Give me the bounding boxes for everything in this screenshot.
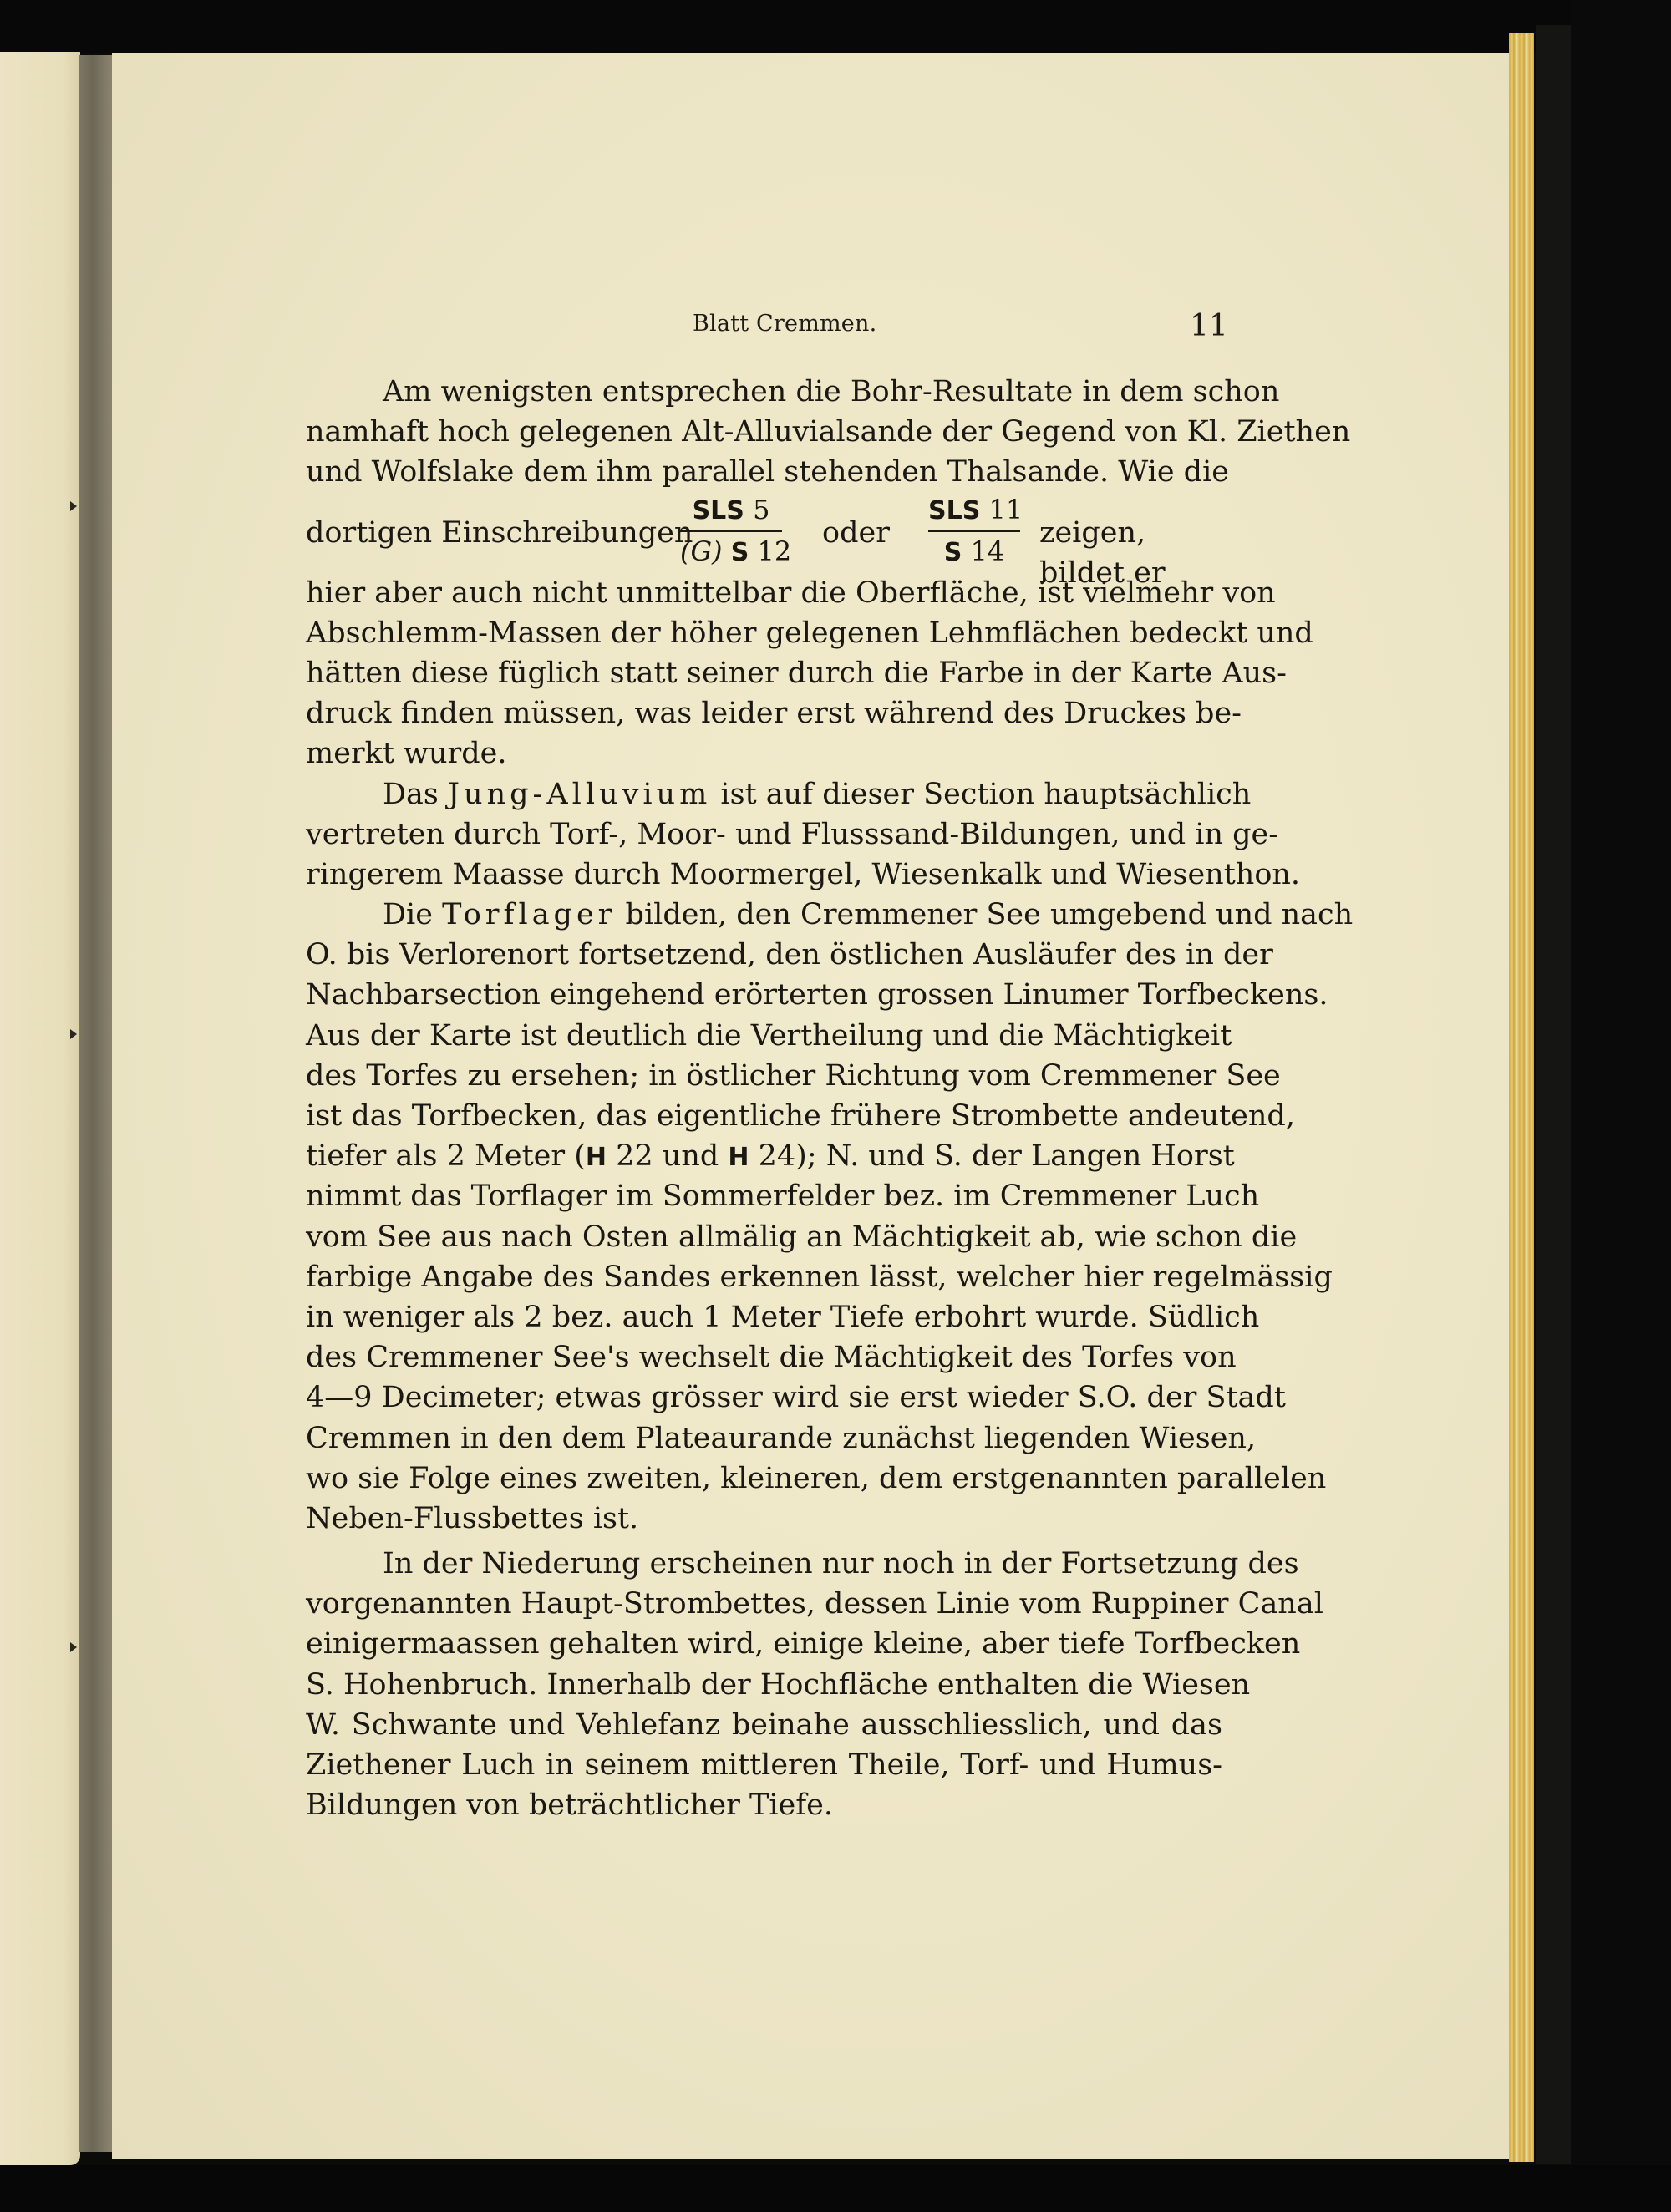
formula-text-before: dortigen Einschreibungen [306, 513, 693, 553]
lead-word: Das [383, 778, 439, 811]
page-mark-icon [70, 501, 77, 511]
text-line: Aus der Karte ist deutlich die Vertheilu… [306, 1016, 1222, 1056]
text-line: tiefer als 2 Meter (H 22 und H 24); N. u… [306, 1136, 1222, 1176]
page-gutter-shadow [79, 55, 114, 2152]
text-line: Cremmen in den dem Plateaurande zunächst… [306, 1418, 1222, 1459]
spaced-term: Jung-Alluvium [448, 778, 711, 811]
text-line: 4—9 Decimeter; etwas grösser wird sie er… [306, 1377, 1222, 1418]
text-line: hätten diese füglich statt seiner durch … [306, 653, 1222, 693]
fraction-den-bold: S [944, 538, 962, 567]
text-line: Nachbarsection eingehend erörterten gros… [306, 975, 1222, 1015]
text-line: O. bis Verlorenort fortsetzend, den östl… [306, 935, 1222, 975]
line-rest: bilden, den Cremmener See umgebend und n… [626, 898, 1354, 931]
text-line: farbige Angabe des Sandes erkennen lässt… [306, 1257, 1222, 1297]
text-line: vertreten durch Torf-, Moor- und Flusssa… [306, 814, 1222, 855]
page-mark-icon [70, 1029, 77, 1039]
page-number: 11 [1190, 309, 1228, 343]
book-cover-bottom [0, 2165, 1671, 2212]
lead-word: Die [383, 898, 433, 931]
text-line: In der Niederung erscheinen nur noch in … [306, 1544, 1222, 1584]
text-line: W. Schwante und Vehlefanz beinahe aussch… [306, 1705, 1222, 1745]
text-line: vom See aus nach Osten allmälig an Mächt… [306, 1217, 1222, 1257]
fraction-num-value: 5 [744, 494, 770, 525]
text-line: namhaft hoch gelegenen Alt-Alluvialsande… [306, 412, 1222, 452]
map-symbol-h: H [586, 1143, 607, 1172]
line-part: 24); N. und S. der Langen Horst [749, 1139, 1235, 1173]
text-line: Bildungen von beträchtlicher Tiefe. [306, 1785, 1222, 1825]
formula-text-between: oder [822, 513, 890, 553]
text-line: Neben-Flussbettes ist. [306, 1499, 1222, 1539]
fraction-den-value: 14 [962, 535, 1004, 567]
text-line: des Torfes zu ersehen; in östlicher Rich… [306, 1056, 1222, 1096]
text-line: Am wenigsten entsprechen die Bohr-Result… [306, 372, 1222, 412]
text-line: Ziethener Luch in seinem mittleren Theil… [306, 1745, 1222, 1785]
fraction-sls11-s14: SLS 11 S 14 [928, 493, 1020, 570]
map-symbol-h: H [728, 1143, 749, 1172]
text-line: Das Jung-Alluvium ist auf dieser Section… [306, 774, 1222, 814]
fraction-den-prefix: (G) [680, 535, 731, 567]
line-part: 22 und [607, 1139, 728, 1173]
body-text: Am wenigsten entsprechen die Bohr-Result… [306, 372, 1222, 1825]
text-line: und Wolfslake dem ihm parallel stehenden… [306, 452, 1222, 492]
book-cover-top [0, 0, 1671, 53]
text-line: einigermaassen gehalten wird, einige kle… [306, 1624, 1222, 1664]
running-title: Blatt Cremmen. [693, 311, 876, 337]
left-page-edge [0, 52, 80, 2165]
text-line: ringerem Maasse durch Moormergel, Wiesen… [306, 855, 1222, 895]
fraction-sls5-gs12: SLS 5 (G) S 12 [680, 493, 782, 570]
page-mark-icon [70, 1642, 77, 1652]
text-line: nimmt das Torflager im Sommerfelder bez.… [306, 1176, 1222, 1216]
text-line: druck finden müssen, was leider erst wäh… [306, 693, 1222, 733]
text-line: S. Hohenbruch. Innerhalb der Hochfläche … [306, 1665, 1222, 1705]
fraction-bar [928, 530, 1020, 532]
text-line: merkt wurde. [306, 733, 1222, 774]
formula-line: dortigen Einschreibungen SLS 5 (G) S 12 … [306, 493, 1222, 573]
text-line: Abschlemm-Massen der höher gelegenen Leh… [306, 613, 1222, 653]
text-line: Die Torflager bilden, den Cremmener See … [306, 895, 1222, 935]
fraction-num-bold: SLS [693, 496, 744, 525]
line-rest: ist auf dieser Section hauptsächlich [720, 778, 1251, 811]
fraction-den-bold: S [731, 538, 749, 567]
book-cover-right [1571, 0, 1671, 2212]
text-line: ist das Torfbecken, das eigentliche früh… [306, 1096, 1222, 1136]
fraction-den-value: 12 [749, 535, 791, 567]
text-line: in weniger als 2 bez. auch 1 Meter Tiefe… [306, 1297, 1222, 1337]
text-line: vorgenannten Haupt-Strombettes, dessen L… [306, 1584, 1222, 1624]
spaced-term: Torflager [442, 898, 616, 931]
fraction-bar [680, 530, 782, 532]
text-line: des Cremmener See's wechselt die Mächtig… [306, 1337, 1222, 1377]
fraction-num-value: 11 [980, 494, 1023, 525]
formula-text-after: zeigen, bildet er [1039, 513, 1222, 593]
gilded-page-edges [1509, 33, 1534, 2162]
text-line: wo sie Folge eines zweiten, kleineren, d… [306, 1459, 1222, 1499]
fraction-num-bold: SLS [928, 496, 980, 525]
line-part: tiefer als 2 Meter ( [306, 1139, 586, 1173]
